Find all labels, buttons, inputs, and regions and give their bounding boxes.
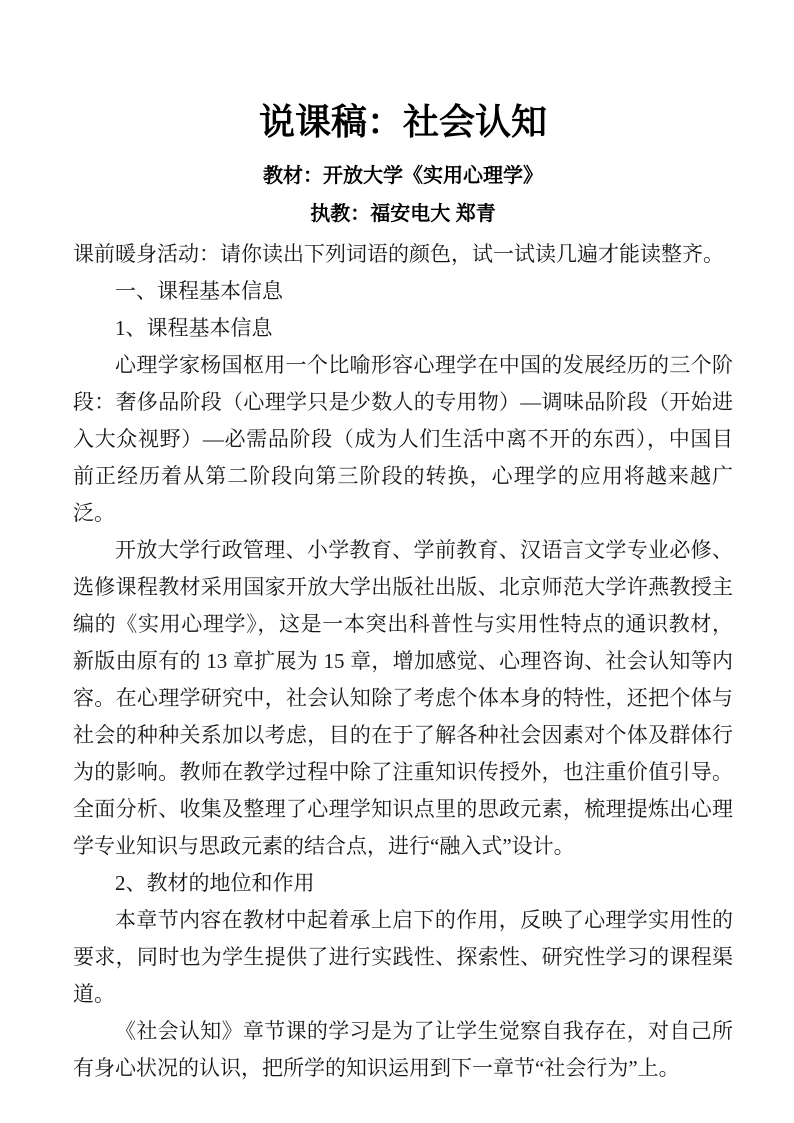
- subsection-heading-course-info: 1、课程基本信息: [73, 310, 733, 347]
- subsection-heading-textbook-role: 2、教材的地位和作用: [73, 865, 733, 902]
- document-subtitle-teacher: 执教：福安电大 郑青: [73, 200, 733, 228]
- paragraph-chapter-role: 本章节内容在教材中起着承上启下的作用，反映了心理学实用性的要求，同时也为学生提供…: [73, 902, 733, 1013]
- warmup-activity-line: 课前暖身活动：请你读出下列词语的颜色，试一试读几遍才能读整齐。: [73, 236, 733, 273]
- section-heading-course-info: 一、课程基本信息: [73, 273, 733, 310]
- paragraph-textbook-introduction: 开放大学行政管理、小学教育、学前教育、汉语言文学专业必修、选修课程教材采用国家开…: [73, 532, 733, 865]
- paragraph-psychology-stages: 心理学家杨国枢用一个比喻形容心理学在中国的发展经历的三个阶段：奢侈品阶段（心理学…: [73, 347, 733, 532]
- paragraph-chapter-purpose: 《社会认知》章节课的学习是为了让学生觉察自我存在，对自己所有身心状况的认识，把所…: [73, 1013, 733, 1087]
- document-subtitle-textbook: 教材：开放大学《实用心理学》: [73, 162, 733, 190]
- document-page: 说课稿：社会认知 教材：开放大学《实用心理学》 执教：福安电大 郑青 课前暖身活…: [0, 0, 794, 1123]
- document-body: 课前暖身活动：请你读出下列词语的颜色，试一试读几遍才能读整齐。 一、课程基本信息…: [73, 236, 733, 1087]
- document-title: 说课稿：社会认知: [73, 100, 733, 144]
